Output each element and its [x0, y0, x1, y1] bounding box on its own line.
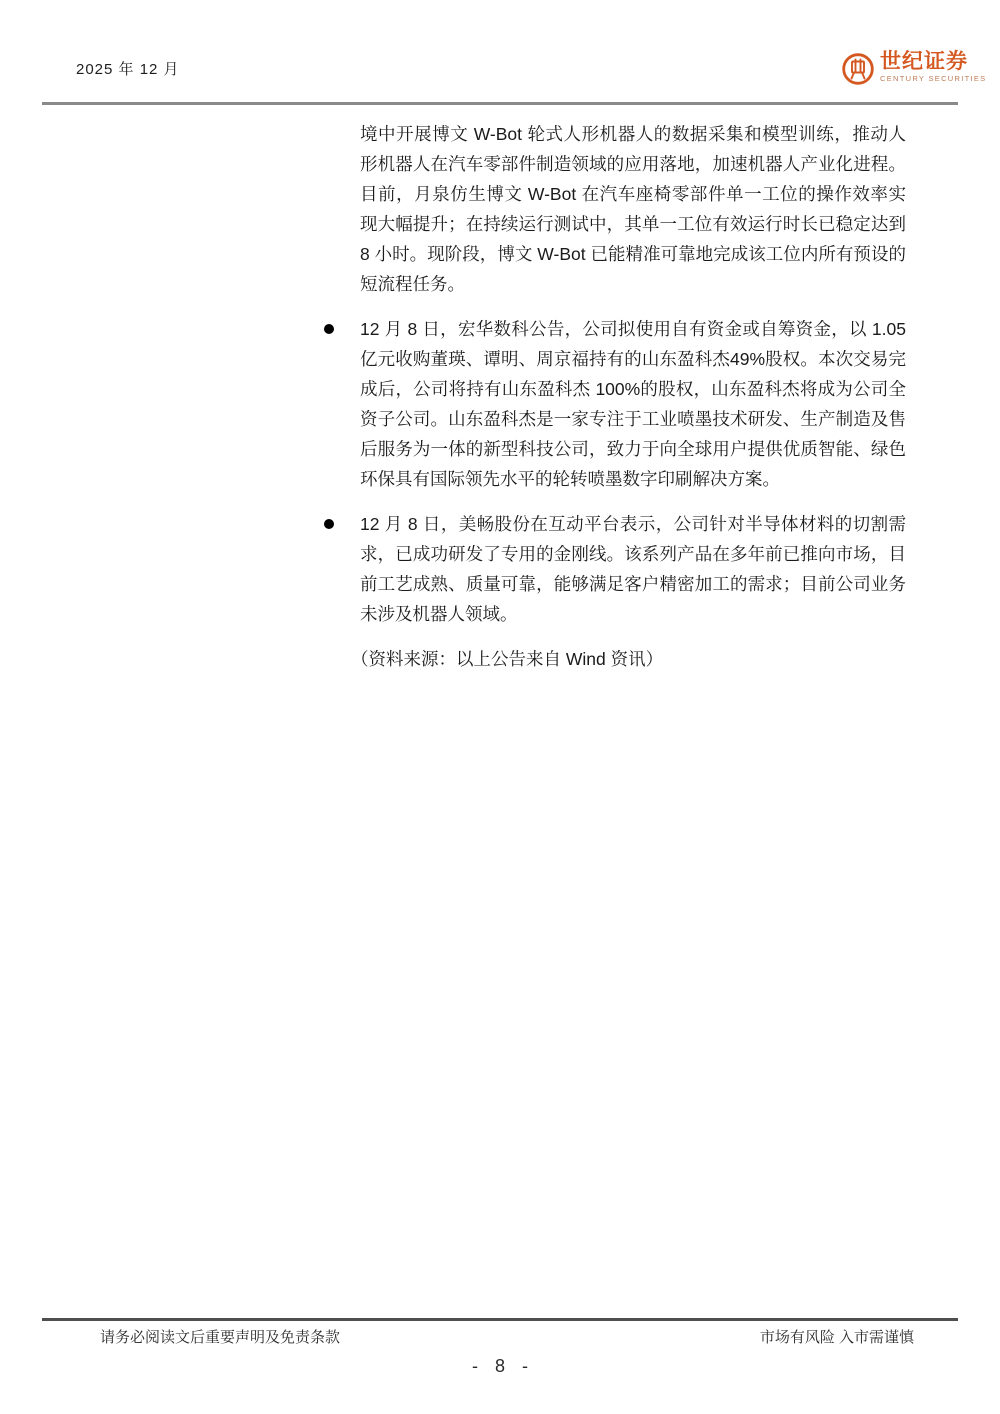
page-number: - 8 - — [0, 1356, 1000, 1377]
report-page: 2025 年 12 月 世纪证券 CENTURY SECURITIES 境中开展… — [0, 0, 1000, 1414]
source-note: （资料来源：以上公告来自 Wind 资讯） — [360, 644, 906, 674]
century-securities-logo: 世纪证券 CENTURY SECURITIES — [841, 49, 986, 86]
footer-risk-warning: 市场有风险 入市需谨慎 — [760, 1326, 914, 1347]
logo-name-cn: 世纪证券 — [880, 49, 986, 73]
header-divider — [42, 102, 958, 105]
footer-divider — [42, 1318, 958, 1321]
paragraph-text: 境中开展博文 W-Bot 轮式人形机器人的数据采集和模型训练，推动人形机器人在汽… — [360, 124, 906, 294]
century-securities-logo-icon — [841, 52, 875, 86]
paragraph-text: 12 月 8 日，美畅股份在互动平台表示，公司针对半导体材料的切割需求，已成功研… — [360, 514, 906, 624]
report-body: 境中开展博文 W-Bot 轮式人形机器人的数据采集和模型训练，推动人形机器人在汽… — [360, 119, 906, 674]
news-paragraph: 12 月 8 日，宏华数科公告，公司拟使用自有资金或自筹资金，以 1.05 亿元… — [360, 314, 906, 494]
logo-name-en: CENTURY SECURITIES — [880, 74, 986, 83]
footer-disclaimer: 请务必阅读文后重要声明及免责条款 — [100, 1326, 340, 1347]
paragraph-text: 12 月 8 日，宏华数科公告，公司拟使用自有资金或自筹资金，以 1.05 亿元… — [360, 319, 906, 489]
bullet-marker — [324, 519, 334, 529]
report-date: 2025 年 12 月 — [76, 58, 180, 79]
news-paragraph: 12 月 8 日，美畅股份在互动平台表示，公司针对半导体材料的切割需求，已成功研… — [360, 509, 906, 629]
news-paragraph: 境中开展博文 W-Bot 轮式人形机器人的数据采集和模型训练，推动人形机器人在汽… — [360, 119, 906, 299]
logo-text: 世纪证券 CENTURY SECURITIES — [880, 49, 986, 83]
bullet-marker — [324, 324, 334, 334]
